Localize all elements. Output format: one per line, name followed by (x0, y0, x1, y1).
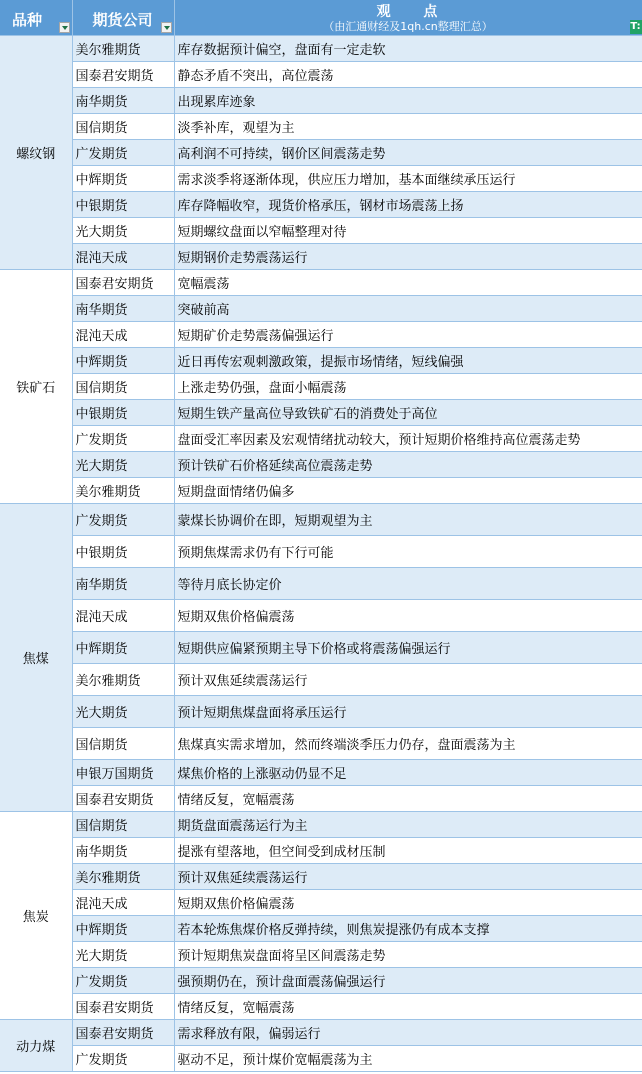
header-view: 观 点 （由汇通财经及1qh.cn整理汇总） T: (174, 0, 642, 36)
view-cell[interactable]: 情绪反复，宽幅震荡 (174, 994, 642, 1020)
table-row: 中辉期货短期供应偏紧预期主导下价格或将震荡偏强运行 (0, 632, 642, 664)
company-cell[interactable]: 美尔雅期货 (72, 36, 174, 62)
company-cell[interactable]: 南华期货 (72, 88, 174, 114)
header-company-label: 期货公司 (93, 9, 153, 30)
view-cell[interactable]: 预计双焦延续震荡运行 (174, 864, 642, 890)
table-row: 光大期货预计短期焦炭盘面将呈区间震荡走势 (0, 942, 642, 968)
table-row: 中辉期货需求淡季将逐渐体现，供应压力增加，基本面继续承压运行 (0, 166, 642, 192)
company-cell[interactable]: 广发期货 (72, 426, 174, 452)
table-row: 螺纹钢美尔雅期货库存数据预计偏空，盘面有一定走软 (0, 36, 642, 62)
filter-dropdown-company-icon[interactable] (161, 22, 172, 33)
company-cell[interactable]: 美尔雅期货 (72, 478, 174, 504)
table-row: 美尔雅期货短期盘面情绪仍偏多 (0, 478, 642, 504)
table-body: 螺纹钢美尔雅期货库存数据预计偏空，盘面有一定走软国泰君安期货静态矛盾不突出，高位… (0, 36, 642, 1072)
table-row: 广发期货高利润不可持续，钢价区间震荡走势 (0, 140, 642, 166)
company-cell[interactable]: 国泰君安期货 (72, 786, 174, 812)
table-row: 混沌天成短期钢价走势震荡运行 (0, 244, 642, 270)
table-row: 国信期货淡季补库，观望为主 (0, 114, 642, 140)
variety-cell[interactable]: 铁矿石 (0, 270, 72, 504)
company-cell[interactable]: 南华期货 (72, 838, 174, 864)
view-cell[interactable]: 驱动不足，预计煤价宽幅震荡为主 (174, 1046, 642, 1072)
active-filter-icon[interactable]: T: (630, 20, 642, 34)
table-row: 焦炭国信期货期货盘面震荡运行为主 (0, 812, 642, 838)
company-cell[interactable]: 混沌天成 (72, 244, 174, 270)
table-row: 中银期货预期焦煤需求仍有下行可能 (0, 536, 642, 568)
variety-cell[interactable]: 焦煤 (0, 504, 72, 812)
table-row: 中辉期货近日再传宏观刺激政策，提振市场情绪，短线偏强 (0, 348, 642, 374)
table-row: 南华期货出现累库迹象 (0, 88, 642, 114)
filter-dropdown-variety-icon[interactable] (59, 22, 70, 33)
view-cell[interactable]: 突破前高 (174, 296, 642, 322)
table-row: 南华期货提涨有望落地，但空间受到成材压制 (0, 838, 642, 864)
table-row: 国信期货上涨走势仍强，盘面小幅震荡 (0, 374, 642, 400)
company-cell[interactable]: 中银期货 (72, 192, 174, 218)
company-cell[interactable]: 混沌天成 (72, 890, 174, 916)
view-cell[interactable]: 强预期仍在，预计盘面震荡偏强运行 (174, 968, 642, 994)
view-cell[interactable]: 情绪反复，宽幅震荡 (174, 786, 642, 812)
view-cell[interactable]: 库存数据预计偏空，盘面有一定走软 (174, 36, 642, 62)
table-row: 中辉期货若本轮炼焦煤价格反弹持续，则焦炭提涨仍有成本支撑 (0, 916, 642, 942)
table-row: 国泰君安期货静态矛盾不突出，高位震荡 (0, 62, 642, 88)
company-cell[interactable]: 中辉期货 (72, 348, 174, 374)
table-row: 混沌天成短期矿价走势震荡偏强运行 (0, 322, 642, 348)
company-cell[interactable]: 中辉期货 (72, 166, 174, 192)
view-cell[interactable]: 短期供应偏紧预期主导下价格或将震荡偏强运行 (174, 632, 642, 664)
company-cell[interactable]: 广发期货 (72, 504, 174, 536)
table-row: 中银期货短期生铁产量高位导致铁矿石的消费处于高位 (0, 400, 642, 426)
company-cell[interactable]: 广发期货 (72, 1046, 174, 1072)
table-row: 申银万国期货煤焦价格的上涨驱动仍显不足 (0, 760, 642, 786)
view-cell[interactable]: 短期螺纹盘面以窄幅整理对待 (174, 218, 642, 244)
view-cell[interactable]: 盘面受汇率因素及宏观情绪扰动较大，预计短期价格维持高位震荡走势 (174, 426, 642, 452)
view-cell[interactable]: 预计铁矿石价格延续高位震荡走势 (174, 452, 642, 478)
view-cell[interactable]: 短期双焦价格偏震荡 (174, 600, 642, 632)
table-row: 广发期货盘面受汇率因素及宏观情绪扰动较大，预计短期价格维持高位震荡走势 (0, 426, 642, 452)
header-view-title: 观 点 (187, 2, 642, 20)
company-cell[interactable]: 国泰君安期货 (72, 270, 174, 296)
company-cell[interactable]: 混沌天成 (72, 600, 174, 632)
header-view-subtitle: （由汇通财经及1qh.cn整理汇总） (175, 20, 642, 34)
view-cell[interactable]: 预计短期焦炭盘面将呈区间震荡走势 (174, 942, 642, 968)
company-cell[interactable]: 美尔雅期货 (72, 864, 174, 890)
company-cell[interactable]: 混沌天成 (72, 322, 174, 348)
company-cell[interactable]: 国信期货 (72, 812, 174, 838)
company-cell[interactable]: 美尔雅期货 (72, 664, 174, 696)
view-cell[interactable]: 蒙煤长协调价在即，短期观望为主 (174, 504, 642, 536)
company-cell[interactable]: 中银期货 (72, 400, 174, 426)
table-row: 国泰君安期货情绪反复，宽幅震荡 (0, 786, 642, 812)
company-cell[interactable]: 中辉期货 (72, 632, 174, 664)
view-cell[interactable]: 高利润不可持续，钢价区间震荡走势 (174, 140, 642, 166)
table-row: 铁矿石国泰君安期货宽幅震荡 (0, 270, 642, 296)
variety-cell[interactable]: 动力煤 (0, 1020, 72, 1072)
company-cell[interactable]: 中银期货 (72, 536, 174, 568)
company-cell[interactable]: 国信期货 (72, 114, 174, 140)
view-cell[interactable]: 期货盘面震荡运行为主 (174, 812, 642, 838)
header-row: 品种 期货公司 观 点 （由汇通财经及1qh.cn整理汇总） T: (0, 0, 642, 36)
view-cell[interactable]: 出现累库迹象 (174, 88, 642, 114)
table-row: 国信期货焦煤真实需求增加，然而终端淡季压力仍存，盘面震荡为主 (0, 728, 642, 760)
view-cell[interactable]: 焦煤真实需求增加，然而终端淡季压力仍存，盘面震荡为主 (174, 728, 642, 760)
company-cell[interactable]: 中辉期货 (72, 916, 174, 942)
table-row: 混沌天成短期双焦价格偏震荡 (0, 890, 642, 916)
company-cell[interactable]: 国泰君安期货 (72, 62, 174, 88)
view-cell[interactable]: 宽幅震荡 (174, 270, 642, 296)
company-cell[interactable]: 国泰君安期货 (72, 994, 174, 1020)
view-cell[interactable]: 静态矛盾不突出，高位震荡 (174, 62, 642, 88)
table-row: 焦煤广发期货蒙煤长协调价在即，短期观望为主 (0, 504, 642, 536)
view-cell[interactable]: 近日再传宏观刺激政策，提振市场情绪，短线偏强 (174, 348, 642, 374)
table-row: 光大期货预计短期焦煤盘面将承压运行 (0, 696, 642, 728)
company-cell[interactable]: 国信期货 (72, 728, 174, 760)
company-cell[interactable]: 光大期货 (72, 696, 174, 728)
view-cell[interactable]: 淡季补库，观望为主 (174, 114, 642, 140)
company-cell[interactable]: 南华期货 (72, 296, 174, 322)
table-row: 中银期货库存降幅收窄，现货价格承压，钢材市场震荡上扬 (0, 192, 642, 218)
view-cell[interactable]: 短期生铁产量高位导致铁矿石的消费处于高位 (174, 400, 642, 426)
view-cell[interactable]: 库存降幅收窄，现货价格承压，钢材市场震荡上扬 (174, 192, 642, 218)
header-company: 期货公司 (72, 0, 174, 36)
company-cell[interactable]: 广发期货 (72, 140, 174, 166)
view-cell[interactable]: 短期双焦价格偏震荡 (174, 890, 642, 916)
table-row: 南华期货突破前高 (0, 296, 642, 322)
view-cell[interactable]: 预计短期焦煤盘面将承压运行 (174, 696, 642, 728)
table-row: 南华期货等待月底长协定价 (0, 568, 642, 600)
table-row: 广发期货驱动不足，预计煤价宽幅震荡为主 (0, 1046, 642, 1072)
view-cell[interactable]: 提涨有望落地，但空间受到成材压制 (174, 838, 642, 864)
view-cell[interactable]: 需求淡季将逐渐体现，供应压力增加，基本面继续承压运行 (174, 166, 642, 192)
view-cell[interactable]: 短期钢价走势震荡运行 (174, 244, 642, 270)
futures-views-table: 品种 期货公司 观 点 （由汇通财经及1qh.cn整理汇总） T: 螺纹钢美尔雅… (0, 0, 642, 1072)
view-cell[interactable]: 短期盘面情绪仍偏多 (174, 478, 642, 504)
header-variety-label: 品种 (12, 9, 42, 30)
company-cell[interactable]: 光大期货 (72, 942, 174, 968)
company-cell[interactable]: 光大期货 (72, 452, 174, 478)
company-cell[interactable]: 南华期货 (72, 568, 174, 600)
table-row: 国泰君安期货情绪反复，宽幅震荡 (0, 994, 642, 1020)
table-row: 美尔雅期货预计双焦延续震荡运行 (0, 664, 642, 696)
company-cell[interactable]: 申银万国期货 (72, 760, 174, 786)
variety-cell[interactable]: 螺纹钢 (0, 36, 72, 270)
table-row: 广发期货强预期仍在，预计盘面震荡偏强运行 (0, 968, 642, 994)
company-cell[interactable]: 国信期货 (72, 374, 174, 400)
variety-cell[interactable]: 焦炭 (0, 812, 72, 1020)
table-row: 光大期货短期螺纹盘面以窄幅整理对待 (0, 218, 642, 244)
view-cell[interactable]: 上涨走势仍强，盘面小幅震荡 (174, 374, 642, 400)
view-cell[interactable]: 煤焦价格的上涨驱动仍显不足 (174, 760, 642, 786)
view-cell[interactable]: 若本轮炼焦煤价格反弹持续，则焦炭提涨仍有成本支撑 (174, 916, 642, 942)
table-row: 混沌天成短期双焦价格偏震荡 (0, 600, 642, 632)
table-row: 动力煤国泰君安期货需求释放有限，偏弱运行 (0, 1020, 642, 1046)
table-row: 美尔雅期货预计双焦延续震荡运行 (0, 864, 642, 890)
header-variety: 品种 (0, 0, 72, 36)
table-row: 光大期货预计铁矿石价格延续高位震荡走势 (0, 452, 642, 478)
view-cell[interactable]: 等待月底长协定价 (174, 568, 642, 600)
company-cell[interactable]: 光大期货 (72, 218, 174, 244)
view-cell[interactable]: 预期焦煤需求仍有下行可能 (174, 536, 642, 568)
view-cell[interactable]: 需求释放有限，偏弱运行 (174, 1020, 642, 1046)
company-cell[interactable]: 广发期货 (72, 968, 174, 994)
company-cell[interactable]: 国泰君安期货 (72, 1020, 174, 1046)
view-cell[interactable]: 短期矿价走势震荡偏强运行 (174, 322, 642, 348)
view-cell[interactable]: 预计双焦延续震荡运行 (174, 664, 642, 696)
